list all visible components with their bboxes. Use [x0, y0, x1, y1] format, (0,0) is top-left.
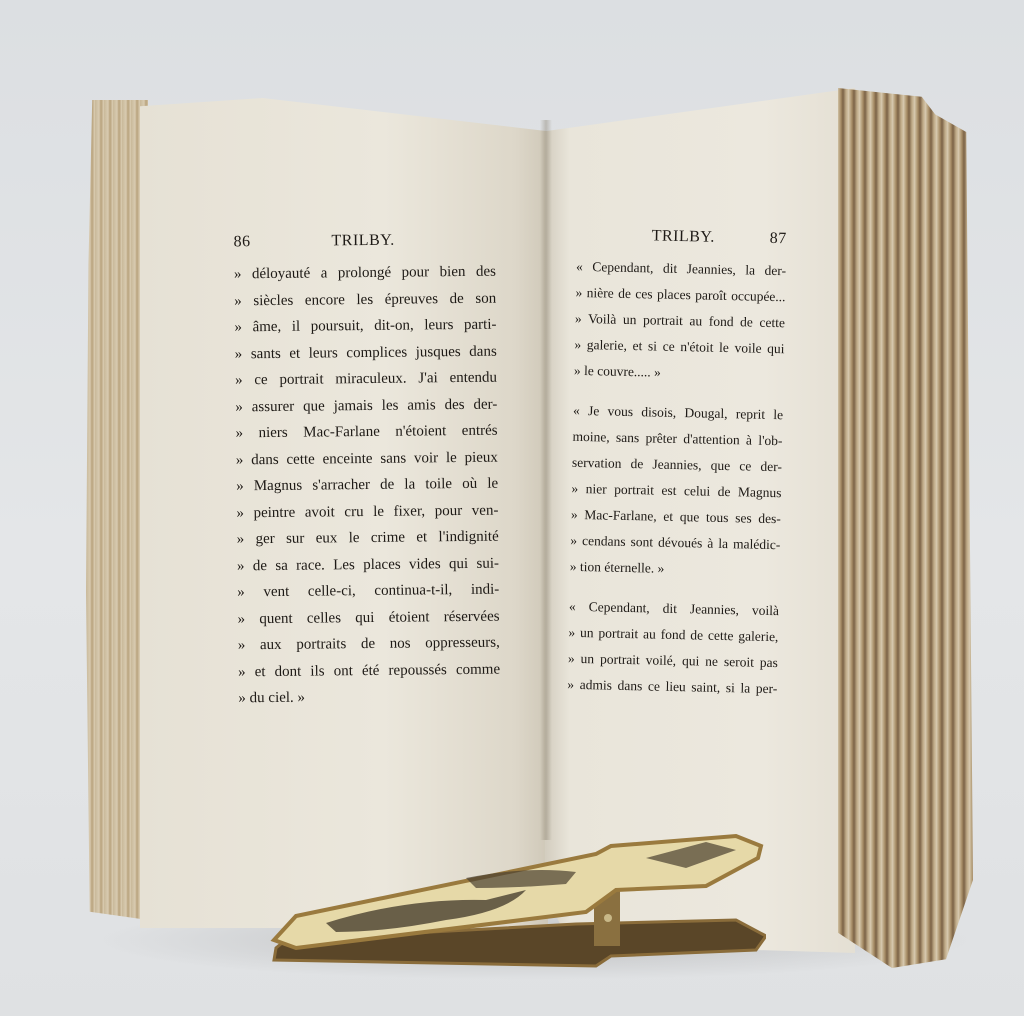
page-number: 86: [234, 233, 251, 251]
text-line: » âme, il poursuit, dit-on, leurs parti-: [234, 312, 496, 341]
page-number: 87: [770, 230, 787, 248]
bookmark-clip-icon: [266, 828, 766, 968]
paragraph: « Je vous disois, Dougal, reprit le moin…: [570, 398, 784, 584]
text-line: » tion éternelle. »: [570, 554, 780, 584]
paragraph: « Cependant, dit Jeannies, la der- » niè…: [574, 254, 787, 388]
text-line: » niers Mac-Farlane n'étoient entrés: [235, 418, 497, 447]
left-running-head: 86 TRILBY.: [234, 231, 496, 252]
running-title: TRILBY.: [597, 226, 770, 248]
text-line: » et dont ils ont été repoussés comme: [238, 656, 500, 685]
right-page-edges: [838, 88, 973, 968]
text-line: » le couvre..... »: [574, 358, 784, 388]
text-line: » assurer que jamais les amis des der-: [235, 391, 497, 420]
book-gutter: [540, 120, 552, 840]
paragraph: « Cependant, dit Jeannies, voilà » un po…: [567, 594, 779, 702]
right-page-text: TRILBY. 87 « Cependant, dit Jeannies, la…: [567, 226, 787, 702]
text-line: » aux portraits de nos oppresseurs,: [238, 630, 500, 659]
text-line: » du ciel. »: [238, 683, 500, 712]
text-line: » vent celle-ci, continua-t-il, indi-: [237, 577, 499, 606]
left-page-edges: [86, 100, 148, 920]
text-line: » admis dans ce lieu saint, si la per-: [567, 672, 777, 702]
text-line: » dans cette enceinte sans voir le pieux: [236, 444, 498, 473]
photo-scene: 86 TRILBY. » déloyauté a prolongé pour b…: [0, 0, 1024, 1016]
left-page-text: 86 TRILBY. » déloyauté a prolongé pour b…: [234, 231, 501, 712]
text-line: » ger sur eux le crime et l'indignité: [237, 524, 499, 553]
text-line: » siècles encore les épreuves de son: [234, 285, 496, 314]
text-line: » de sa race. Les places vides qui sui-: [237, 550, 499, 579]
text-line: » ce portrait miraculeux. J'ai entendu: [235, 365, 497, 394]
text-line: » peintre avoit cru le fixer, pour ven-: [236, 497, 498, 526]
text-line: » Magnus s'arracher de la toile où le: [236, 471, 498, 500]
text-line: » sants et leurs complices jusques dans: [235, 338, 497, 367]
right-running-head: TRILBY. 87: [577, 226, 787, 248]
text-line: » quent celles qui étoient réservées: [237, 603, 499, 632]
running-title: TRILBY.: [251, 231, 476, 251]
text-line: » déloyauté a prolongé pour bien des: [234, 259, 496, 288]
